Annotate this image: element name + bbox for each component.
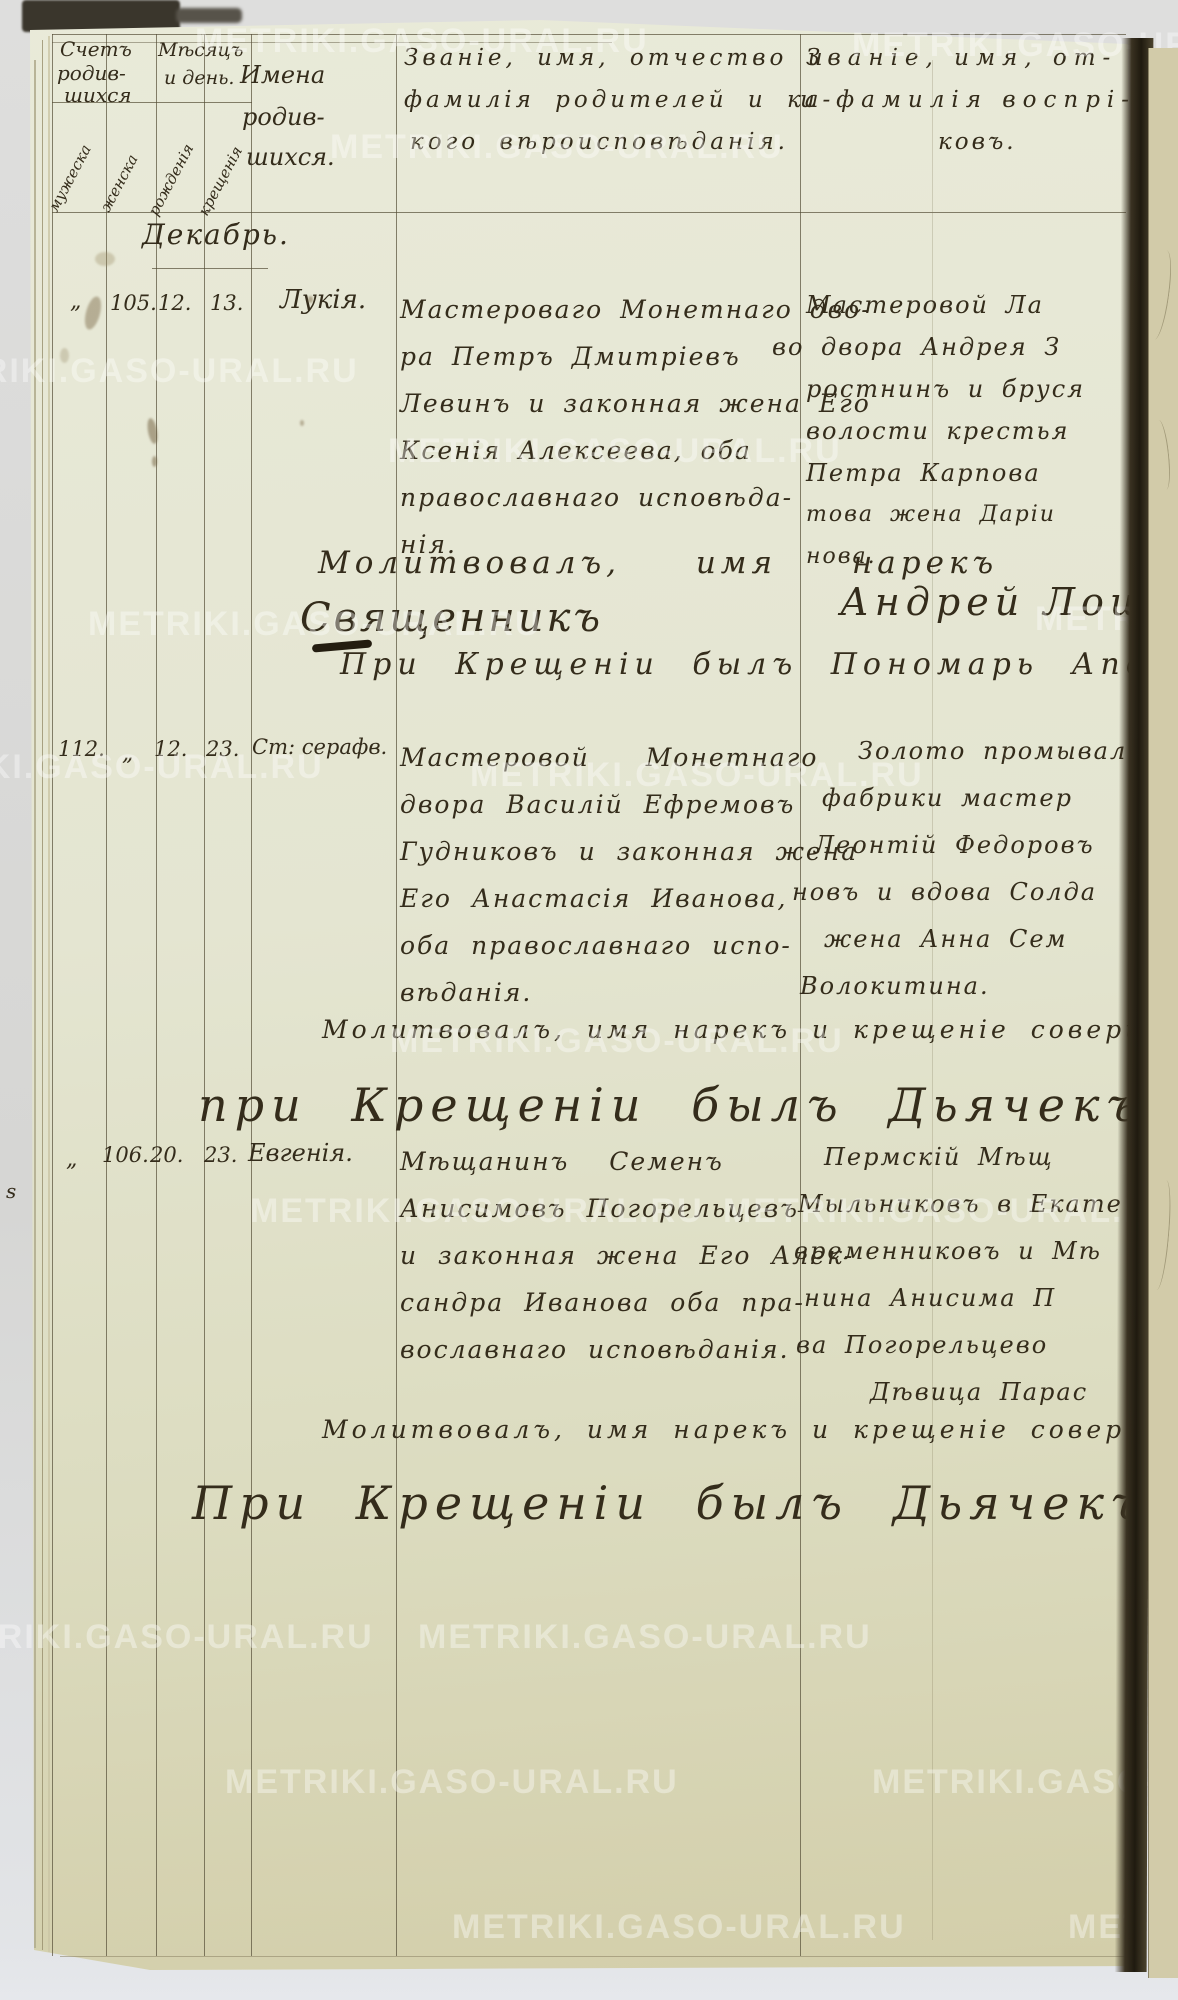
header-names-line1: Имена <box>240 62 325 88</box>
text-line: Леонтій Федоровъ <box>814 822 1160 869</box>
entry2-godparents-text: Золото промывальн фабрики мастер Леонтій… <box>806 728 1160 1010</box>
column-rule <box>251 34 252 1956</box>
text-line: Волокитина. <box>800 963 1160 1010</box>
stain <box>300 420 304 426</box>
text-line: волости крестья <box>806 410 1085 452</box>
header-godparents-line1: Званіе, имя, от- <box>806 46 1117 71</box>
page-edge-line <box>48 36 50 1952</box>
scanner-bed-dark-patch <box>176 8 242 23</box>
entry1-male-ditto: „ <box>70 290 81 314</box>
entry3-child-name: Евгенія. <box>248 1140 353 1166</box>
entry1-baptized-day: 13. <box>210 292 243 315</box>
text-line: вославнаго исповѣданія. <box>400 1326 854 1373</box>
header-count-line1: Счетъ <box>60 38 132 60</box>
column-rule-names <box>396 34 397 1956</box>
table-top-rule-2 <box>52 42 612 43</box>
text-line: Мастеровой Ла <box>806 284 1085 326</box>
text-line: временниковъ и Мѣ <box>794 1228 1123 1275</box>
header-count-line3: шихся <box>64 84 132 106</box>
table-top-rule <box>52 34 1126 35</box>
text-line: Его Анастасія Иванова, <box>400 875 858 922</box>
stain <box>308 296 313 303</box>
column-rule <box>204 34 205 1956</box>
entry2-female-ditto: „ <box>122 742 133 766</box>
stain <box>60 348 69 363</box>
scanner-bed-dark-patch <box>22 0 180 32</box>
header-date-line1: Мѣсяцъ <box>158 40 243 61</box>
text-line: Петра Карпова <box>806 452 1085 494</box>
entry3-parents-text: Мѣщанинъ Семенъ Анисимовъ Погорельцевъ и… <box>400 1138 854 1373</box>
entry3-rite-line: Молитвовалъ, имя нарекъ и крещеніе совер… <box>322 1416 1178 1444</box>
entry2-baptized-day: 23. <box>206 738 239 761</box>
entry1-clergy-name: Андрей Лош <box>840 582 1152 624</box>
text-line: Мастеровой Монетнаго <box>400 734 858 781</box>
text-line: Пермскій Мѣщ <box>824 1134 1123 1181</box>
page-bottom-edge <box>60 1956 1130 1957</box>
entry2-child-name: Ст: серафв. <box>252 736 387 759</box>
text-line: това жена Даріи <box>806 494 1085 536</box>
text-line: жена Анна Сем <box>824 916 1160 963</box>
header-godparents-line2: и фамилія воспрі- <box>800 88 1136 113</box>
margin-mark: ѕ <box>6 1180 16 1202</box>
column-rule <box>106 34 107 1956</box>
text-line: сандра Иванова оба пра- <box>400 1279 854 1326</box>
entry1-born-day: 12. <box>158 292 191 315</box>
entry1-rite-line: Молитвовалъ, имя нарекъ <box>318 546 998 580</box>
entry2-born-day: 12. <box>154 738 187 761</box>
entry2-parents-text: Мастеровой Монетнаго двора Василій Ефрем… <box>400 734 858 1016</box>
header-parents-line3: кого вѣроисповѣданія. <box>410 130 789 155</box>
header-names-line2: родив- <box>242 104 325 130</box>
entry1-witness-line: При Крещеніи былъ Пономарь Апон <box>340 648 1176 681</box>
entry3-male-ditto: „ <box>66 1148 77 1172</box>
header-godparents-line3: ковъ. <box>938 130 1017 155</box>
stain <box>152 456 157 467</box>
entry2-rite-line: Молитвовалъ, имя нарекъ и крещеніе совер… <box>322 1016 1178 1044</box>
header-parents-line2: фамилія родителей и ка- <box>404 88 834 113</box>
text-line: Гудниковъ и законная жена <box>400 828 858 875</box>
header-count-line2: родив- <box>57 62 126 84</box>
text-line: и законная жена Его Алек- <box>400 1232 854 1279</box>
text-line: оба православнаго испо- <box>400 922 858 969</box>
text-line: Левинъ и законная жена Его <box>400 380 872 427</box>
text-line: Анисимовъ Погорельцевъ <box>400 1185 854 1232</box>
page-edge-line <box>42 40 43 1950</box>
page-edge-line <box>34 60 36 1948</box>
text-line: Мыльниковъ в Екате <box>798 1181 1123 1228</box>
entry1-godparents-text: Мастеровой Ла во двора Андрея З ростнинъ… <box>806 284 1085 578</box>
entry3-witness-line: При Крещеніи былъ Дьячекъ Георг <box>192 1478 1178 1529</box>
entry2-witness-line: при Крещеніи былъ Дьячекъ Георг <box>198 1080 1178 1131</box>
entry1-number: 105. <box>110 292 157 315</box>
entry3-born-day: 20. <box>150 1144 183 1167</box>
text-line: двора Василій Ефремовъ <box>400 781 858 828</box>
text-line: Мѣщанинъ Семенъ <box>400 1138 854 1185</box>
text-line: ростнинъ и бруся <box>806 368 1085 410</box>
text-line: новъ и вдова Солда <box>792 869 1160 916</box>
entry3-godparents-text: Пермскій Мѣщ Мыльниковъ в Екате временни… <box>806 1134 1123 1416</box>
text-line: православнаго исповѣда- <box>400 474 872 521</box>
text-line: Ксенія Алексеева, оба <box>400 427 872 474</box>
header-names-line3: шихся. <box>246 144 335 170</box>
entry1-child-name: Лукія. <box>280 286 366 315</box>
entry2-number: 112. <box>58 738 105 761</box>
text-line: вѣданія. <box>400 969 858 1016</box>
column-rule <box>156 34 157 1956</box>
entry1-clergy-title: Священникъ <box>300 596 603 640</box>
text-line: Дѣвица Парас <box>870 1369 1123 1416</box>
entry3-number: 106. <box>102 1144 149 1167</box>
text-line: во двора Андрея З <box>772 326 1085 368</box>
column-rule <box>52 34 53 1956</box>
text-line: ва Погорельцево <box>796 1322 1123 1369</box>
stain <box>95 252 115 266</box>
scanned-metric-book-page: Счетъ родив- шихся Мѣсяцъ и день. мужеск… <box>0 0 1178 2000</box>
text-line: Золото промывальн <box>858 728 1160 775</box>
month-label: Декабрь. <box>142 220 290 251</box>
text-line: фабрики мастер <box>822 775 1160 822</box>
text-line: нина Анисима П <box>804 1275 1123 1322</box>
header-date-line2: и день. <box>164 68 234 89</box>
header-parents-line1: Званіе, имя, отчество и <box>404 46 827 71</box>
entry3-baptized-day: 23. <box>204 1144 237 1167</box>
